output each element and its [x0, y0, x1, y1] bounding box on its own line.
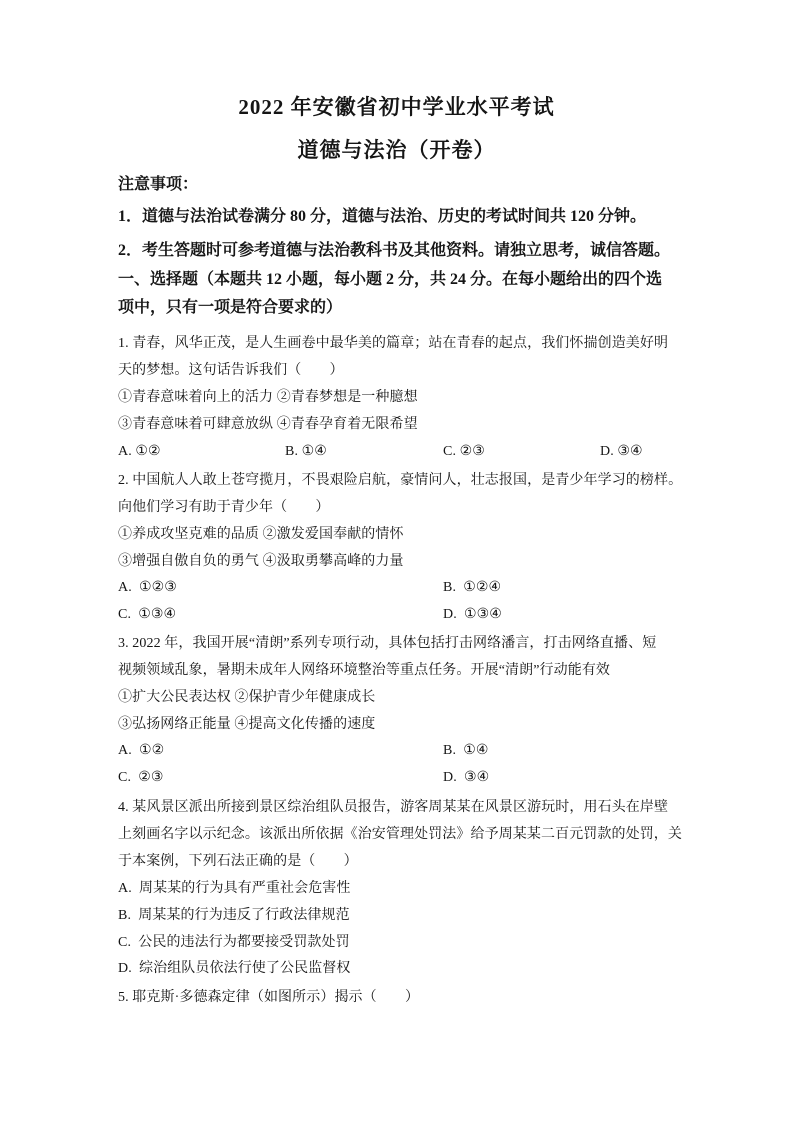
question-2-text-line2: 向他们学习有助于青少年（ ）	[118, 498, 698, 518]
question-1-text-line1: 1. 青春，风华正茂，是人生画卷中最华美的篇章；站在青春的起点，我们怀揣创造美好…	[118, 334, 698, 354]
question-3-options-row2: C. ②③ D. ③④	[118, 768, 698, 788]
question-2-option-b: B. ①②④	[443, 578, 501, 598]
notice-item-2: 2．考生答题时可参考道德与法治教科书及其他资料。请独立思考，诚信答题。	[118, 240, 698, 262]
notice-item-1: 1．道德与法治试卷满分 80 分，道德与法治、历史的考试时间共 120 分钟。	[118, 206, 698, 228]
question-1-choices-line2: ③青春意味着可肆意放纵 ④青春孕育着无限希望	[118, 415, 698, 435]
question-4-text-line3: 于本案例，下列石法正确的是（ ）	[118, 852, 698, 872]
exam-document-page: 2022 年安徽省初中学业水平考试 道德与法治（开卷） 注意事项： 1．道德与法…	[0, 0, 793, 1122]
question-2-option-d: D. ①③④	[443, 605, 502, 625]
question-4-text-line1: 4. 某风景区派出所接到景区综治组队员报告，游客周某某在风景区游玩时，用石头在岸…	[118, 798, 698, 818]
exam-title-line2: 道德与法治（开卷）	[0, 135, 793, 165]
question-1-text-line2: 天的梦想。这句话告诉我们（ ）	[118, 361, 698, 381]
exam-title-line1: 2022 年安徽省初中学业水平考试	[0, 92, 793, 122]
question-1-choices-line1: ①青春意味着向上的活力 ②青春梦想是一种臆想	[118, 388, 698, 408]
question-1-option-d: D. ③④	[600, 442, 643, 462]
question-3-choices-line1: ①扩大公民表达权 ②保护青少年健康成长	[118, 688, 698, 708]
question-3-text-line2: 视频领域乱象，暑期未成年人网络环境整治等重点任务。开展“清朗”行动能有效	[118, 661, 698, 681]
question-4-option-c: C. 公民的违法行为都要接受罚款处罚	[118, 933, 698, 953]
question-3-options-row1: A. ①② B. ①④	[118, 741, 698, 761]
question-4-option-d: D. 综治组队员依法行使了公民监督权	[118, 959, 698, 979]
question-3-option-b: B. ①④	[443, 741, 489, 761]
question-1-options: A. ①② B. ①④ C. ②③ D. ③④	[118, 442, 698, 462]
notice-heading: 注意事项：	[118, 174, 698, 196]
question-3-choices-line2: ③弘扬网络正能量 ④提高文化传播的速度	[118, 715, 698, 735]
question-4-text-line2: 上刻画名字以示纪念。该派出所依据《治安管理处罚法》给予周某某二百元罚款的处罚，关	[118, 825, 698, 845]
question-3-option-a: A. ①②	[118, 741, 164, 761]
question-3-option-d: D. ③④	[443, 768, 489, 788]
question-1-option-c: C. ②③	[443, 442, 485, 462]
question-3-text-line1: 3. 2022 年，我国开展“清朗”系列专项行动，具体包括打击网络潘言，打击网络…	[118, 634, 698, 654]
question-3-option-c: C. ②③	[118, 768, 164, 788]
question-4-option-a: A. 周某某的行为具有严重社会危害性	[118, 879, 698, 899]
question-2-choices-line1: ①养成攻坚克难的品质 ②激发爱国奉献的情怀	[118, 525, 698, 545]
question-2-option-c: C. ①③④	[118, 605, 176, 625]
question-1-option-a: A. ①②	[118, 442, 161, 462]
question-2-options-row2: C. ①③④ D. ①③④	[118, 605, 698, 625]
question-2-text-line1: 2. 中国航人人敢上苍穹揽月，不畏艰险启航，豪情问人，壮志报国，是青少年学习的榜…	[118, 471, 698, 491]
question-2-option-a: A. ①②③	[118, 578, 177, 598]
question-4-option-b: B. 周某某的行为违反了行政法律规范	[118, 906, 698, 926]
question-2-options-row1: A. ①②③ B. ①②④	[118, 578, 698, 598]
question-1-option-b: B. ①④	[285, 442, 327, 462]
section-1-header-line1: 一、选择题（本题共 12 小题，每小题 2 分，共 24 分。在每小题给出的四个…	[118, 269, 698, 291]
question-5-text-line1: 5. 耶克斯·多德森定律（如图所示）揭示（ ）	[118, 988, 698, 1008]
section-1-header-line2: 项中，只有一项是符合要求的）	[118, 297, 698, 319]
question-2-choices-line2: ③增强自傲自负的勇气 ④汲取勇攀高峰的力量	[118, 552, 698, 572]
